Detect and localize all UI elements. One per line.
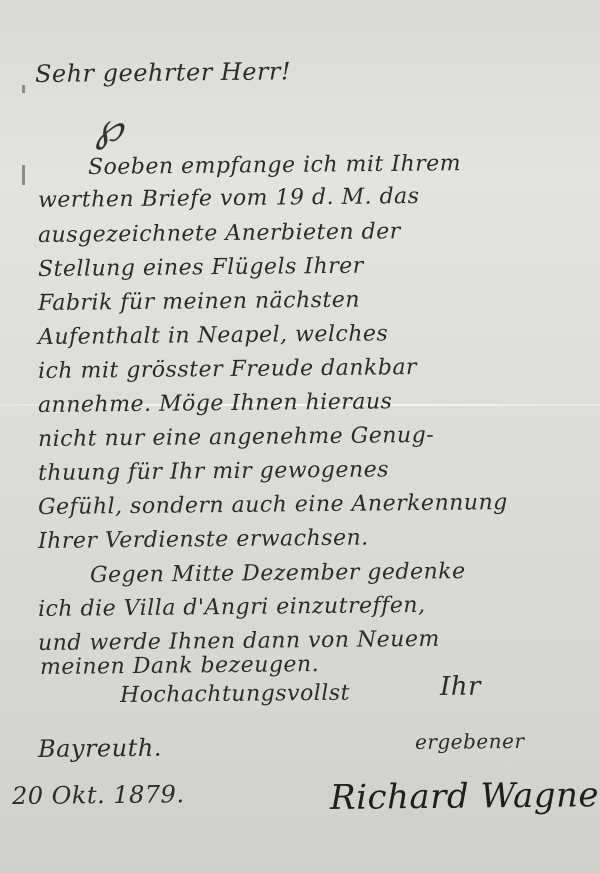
closing-ergebener: ergebener <box>415 729 525 754</box>
body-line: Soeben empfange ich mit Ihrem <box>88 151 461 180</box>
edge-mark <box>22 85 25 93</box>
body-line: Aufenthalt in Neapel, welches <box>38 321 389 350</box>
edge-mark <box>22 165 25 185</box>
body-line: Ihrer Verdienste erwachsen. <box>38 526 369 554</box>
body-line: werthen Briefe vom 19 d. M. das <box>38 184 420 213</box>
salutation: Sehr geehrter Herr! <box>35 57 291 88</box>
signature: Richard Wagner <box>330 775 600 818</box>
letter-date: 20 Okt. 1879. <box>12 780 185 810</box>
place-of-writing: Bayreuth. <box>38 734 162 763</box>
flourish-icon: ℘ <box>95 105 124 151</box>
body-line: ausgezeichnete Anerbieten der <box>38 219 401 248</box>
letter-page: Sehr geehrter Herr! ℘ Soeben empfange ic… <box>0 0 600 873</box>
body-line: Gefühl, sondern auch eine Anerkennung <box>38 490 508 520</box>
body-line: und werde Ihnen dann von Neuem <box>38 627 440 656</box>
body-line: meinen Dank bezeugen. <box>40 652 319 680</box>
body-line: ich die Villa d'Angri einzutreffen, <box>38 593 426 622</box>
body-line: Fabrik für meinen nächsten <box>38 288 360 316</box>
body-line: Gegen Mitte Dezember gedenke <box>90 559 466 588</box>
closing-ihr: Ihr <box>440 672 481 702</box>
body-line: Stellung eines Flügels Ihrer <box>38 254 364 282</box>
body-line: nicht nur eine angenehme Genug- <box>38 423 434 452</box>
body-line: ich mit grösster Freude dankbar <box>38 355 417 384</box>
closing-phrase: Hochachtungsvollst <box>120 681 350 708</box>
body-line: annehme. Möge Ihnen hieraus <box>38 389 393 418</box>
body-line: thuung für Ihr mir gewogenes <box>38 457 389 486</box>
